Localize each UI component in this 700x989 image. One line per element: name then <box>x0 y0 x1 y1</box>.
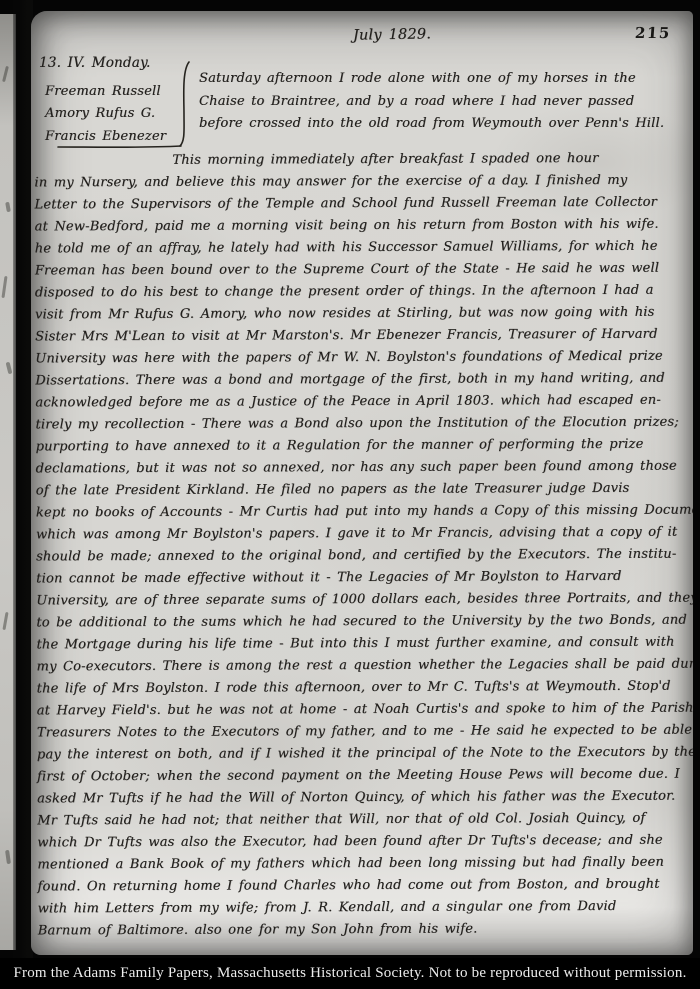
manuscript-line: tion cannot be made effective without it… <box>36 566 693 591</box>
ghost-writing-mark <box>2 66 9 82</box>
caption-text: From the Adams Family Papers, Massachuse… <box>13 965 686 982</box>
bracket-intro-text: Saturday afternoon I rode alone with one… <box>199 68 691 136</box>
manuscript-line: with him Letters from my wife; from J. R… <box>38 896 693 921</box>
manuscript-line: disposed to do his best to change the pr… <box>35 280 692 305</box>
ghost-writing-mark <box>2 612 8 630</box>
manuscript-line: Letter to the Supervisors of the Temple … <box>34 192 691 217</box>
manuscript-line: Saturday afternoon I rode alone with one… <box>199 68 691 91</box>
date-heading: July 1829. <box>307 26 477 45</box>
manuscript-line: the life of Mrs Boylston. I rode this af… <box>37 676 693 701</box>
manuscript-line: at New-Bedford, paid me a morning visit … <box>35 214 692 239</box>
manuscript-line: University, are of three separate sums o… <box>36 588 693 613</box>
manuscript-line: tirely my recollection - There was a Bon… <box>35 412 692 437</box>
ghost-writing-mark <box>5 850 11 864</box>
manuscript-line: at Harvey Field's. but he was not at hom… <box>37 698 693 723</box>
ghost-writing-mark <box>5 202 11 213</box>
manuscript-page: 215 July 1829. 13. IV. Monday. Freeman R… <box>31 11 693 955</box>
caption-bar: From the Adams Family Papers, Massachuse… <box>0 958 700 989</box>
manuscript-line: which Dr Tufts was also the Executor, ha… <box>37 830 693 855</box>
manuscript-line: acknowledged before me as a Justice of t… <box>35 390 692 415</box>
manuscript-line: kept no books of Accounts - Mr Curtis ha… <box>36 500 693 525</box>
page-number: 215 <box>634 24 671 42</box>
manuscript-line: he told me of an affray, he lately had w… <box>35 236 692 261</box>
manuscript-line: Freeman has been bound over to the Supre… <box>35 258 692 283</box>
manuscript-line: found. On returning home I found Charles… <box>37 874 693 899</box>
manuscript-line: pay the interest on both, and if I wishe… <box>37 742 693 767</box>
manuscript-line: the Mortgage during his life time - But … <box>36 632 693 657</box>
manuscript-line: first of October; when the second paymen… <box>37 764 693 789</box>
manuscript-line: Mr Tufts said he had not; that neither t… <box>37 808 693 833</box>
ghost-writing-mark <box>1 276 7 298</box>
manuscript-line: visit from Mr Rufus G. Amory, who now re… <box>35 302 692 327</box>
manuscript-line: before crossed into the old road from We… <box>199 113 691 136</box>
manuscript-line: University was here with the papers of M… <box>35 346 692 371</box>
manuscript-line: which was among Mr Boylston's papers. I … <box>36 522 693 547</box>
manuscript-line: to be additional to the sums which he ha… <box>36 610 693 635</box>
manuscript-line: declamations, but it was not so annexed,… <box>36 456 693 481</box>
manuscript-line: purporting to have annexed to it a Regul… <box>36 434 693 459</box>
manuscript-line: Chaise to Braintree, and by a road where… <box>199 91 691 114</box>
ghost-writing-mark <box>6 362 13 375</box>
manuscript-line: Sister Mrs M'Lean to visit at Mr Marston… <box>35 324 692 349</box>
manuscript-line: should be made; annexed to the original … <box>36 544 693 569</box>
manuscript-line: Treasurers Notes to the Executors of my … <box>37 720 693 745</box>
diary-body-text: This morning immediately after breakfast… <box>34 148 693 943</box>
margin-bracket-line <box>31 59 201 155</box>
manuscript-line: asked Mr Tufts if he had the Will of Nor… <box>37 786 693 811</box>
manuscript-line: of the late President Kirkland. He filed… <box>36 478 693 503</box>
manuscript-line: Barnum of Baltimore. also one for my Son… <box>38 918 693 943</box>
manuscript-line: Dissertations. There was a bond and mort… <box>35 368 692 393</box>
manuscript-line: my Co-executors. There is among the rest… <box>36 654 693 679</box>
book-gutter <box>13 0 33 962</box>
manuscript-line: mentioned a Bank Book of my fathers whic… <box>37 852 693 877</box>
manuscript-line: in my Nursery, and believe this may answ… <box>34 170 691 195</box>
manuscript-scan: 215 July 1829. 13. IV. Monday. Freeman R… <box>0 0 700 989</box>
manuscript-line: This morning immediately after breakfast… <box>34 148 691 173</box>
